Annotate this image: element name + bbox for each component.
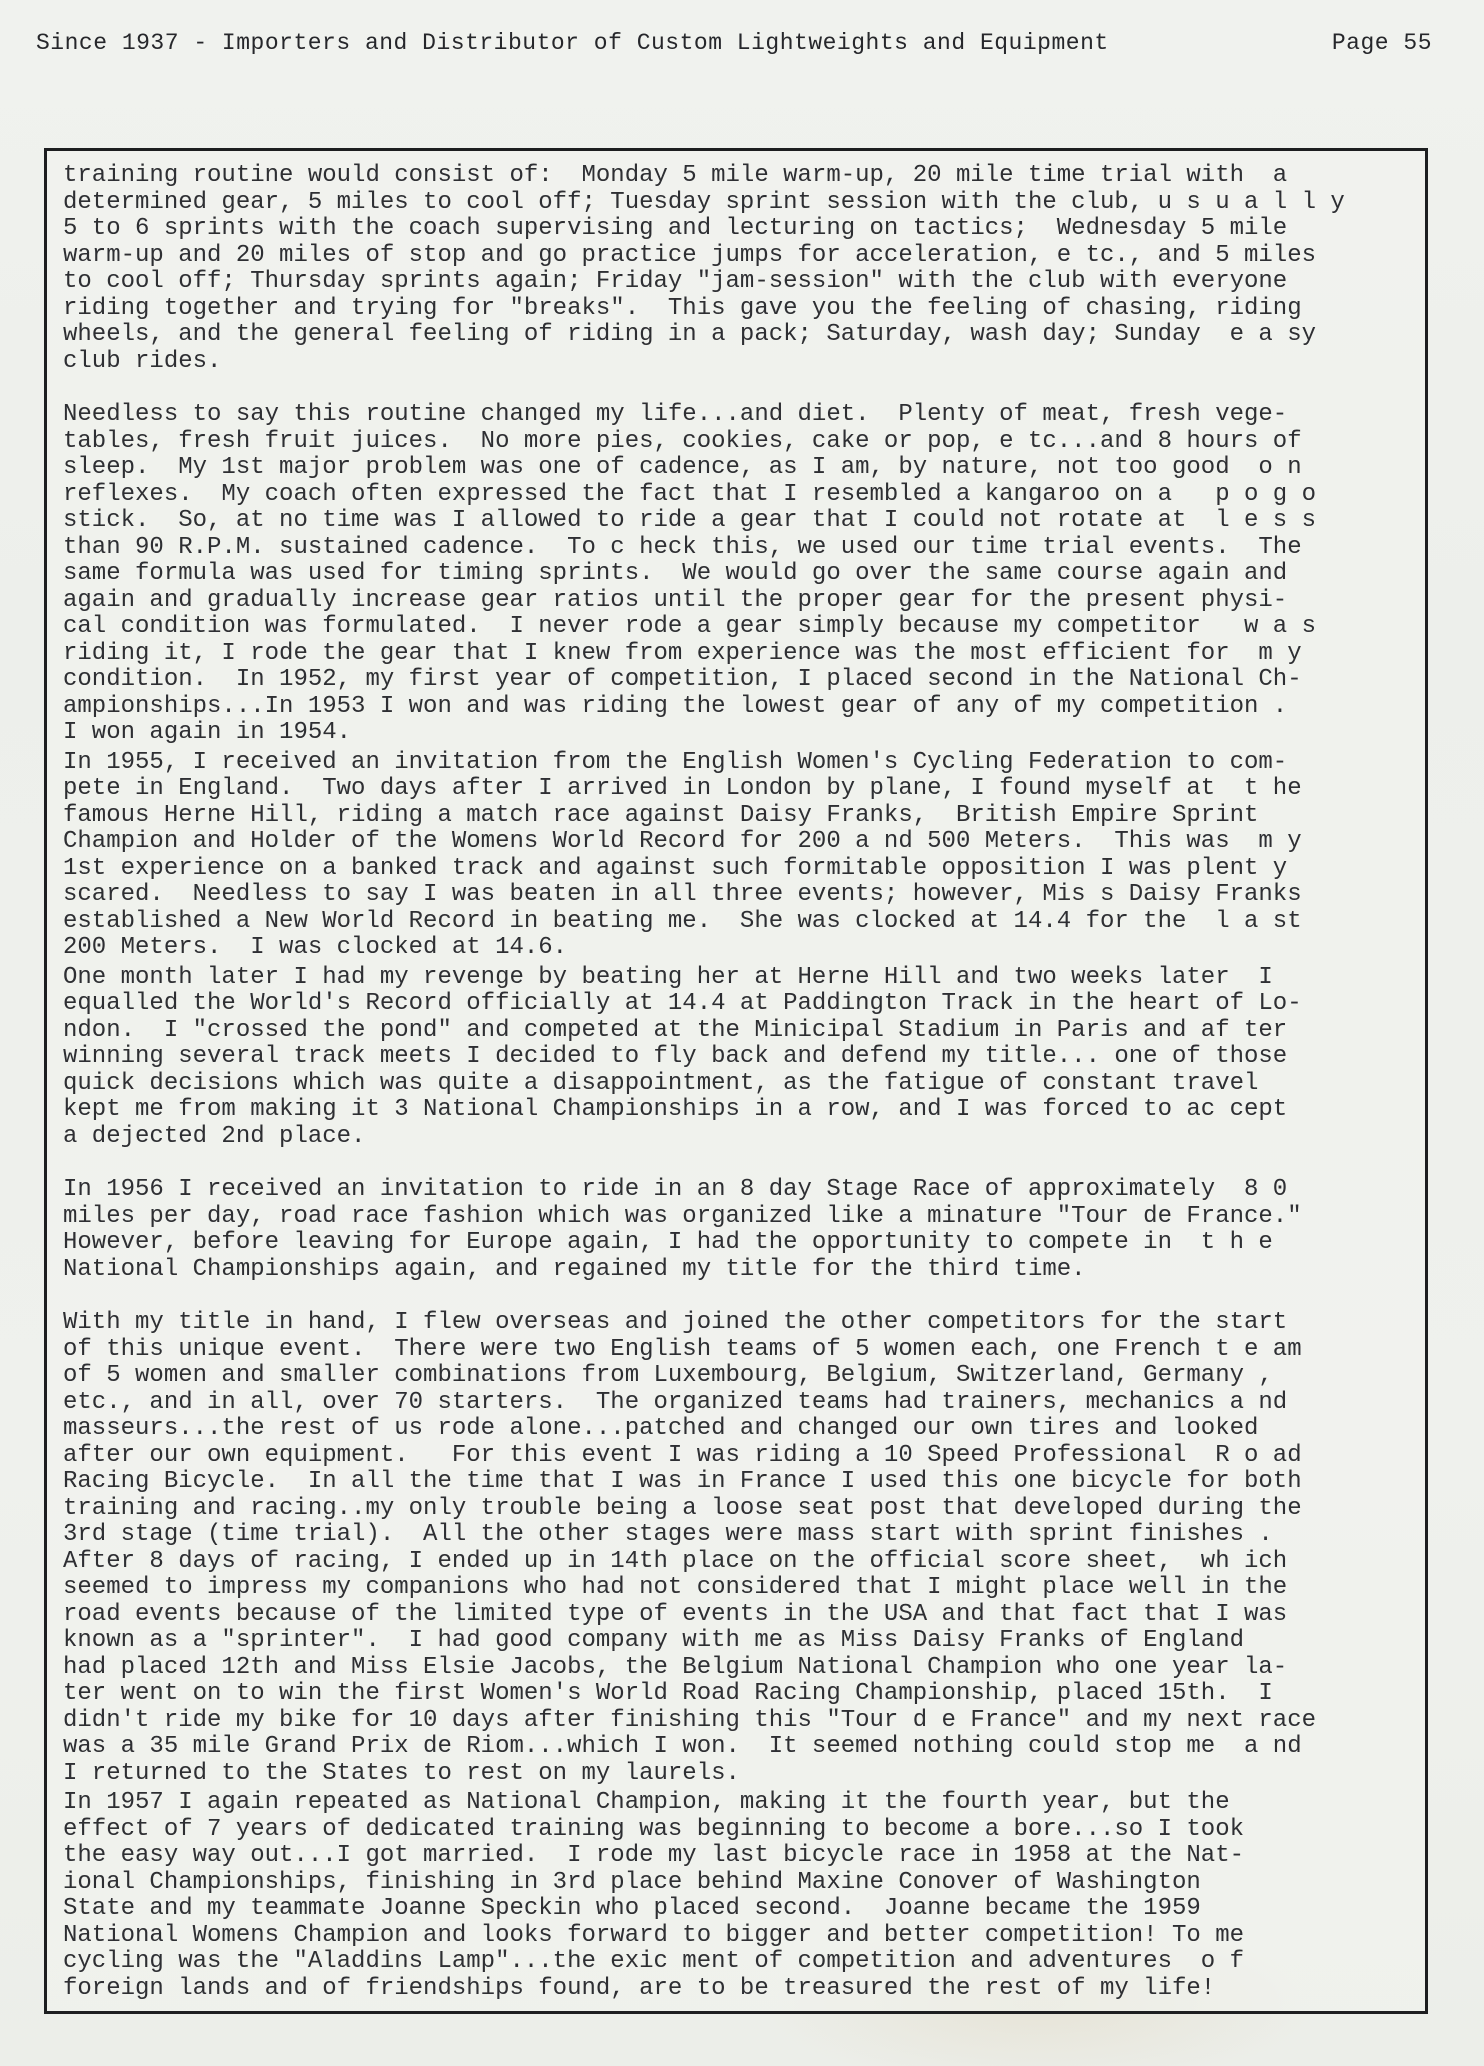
text-line: known as a "sprinter". I had good compan… [63,1628,1411,1655]
text-line: warm-up and 20 miles of stop and go prac… [63,243,1411,270]
text-line: miles per day, road race fashion which w… [63,1204,1411,1231]
paragraph: In 1956 I received an invitation to ride… [63,1177,1411,1283]
text-line: Needless to say this routine changed my … [63,402,1411,429]
text-line: riding it, I rode the gear that I knew f… [63,641,1411,668]
header-tagline: Since 1937 - Importers and Distributor o… [36,30,1109,56]
text-line: had placed 12th and Miss Elsie Jacobs, t… [63,1655,1411,1682]
text-line: quick decisions which was quite a disapp… [63,1071,1411,1098]
text-line: foreign lands and of friendships found, … [63,1976,1411,2003]
page-header: Since 1937 - Importers and Distributor o… [36,30,1432,56]
text-line: training routine would consist of: Monda… [63,163,1411,190]
text-line: ional Championships, finishing in 3rd pl… [63,1870,1411,1897]
scanned-page: { "header": { "tagline": "Since 1937 - I… [0,0,1484,2066]
text-line: masseurs...the rest of us rode alone...p… [63,1416,1411,1443]
text-line: condition. In 1952, my first year of com… [63,667,1411,694]
text-line: National Championships again, and regain… [63,1257,1411,1284]
text-line: etc., and in all, over 70 starters. The … [63,1390,1411,1417]
text-line: road events because of the limited type … [63,1602,1411,1629]
text-line: With my title in hand, I flew overseas a… [63,1310,1411,1337]
text-line: kept me from making it 3 National Champi… [63,1097,1411,1124]
paragraph: Needless to say this routine changed my … [63,402,1411,747]
paragraph: In 1957 I again repeated as National Cha… [63,1790,1411,2002]
paragraph: One month later I had my revenge by beat… [63,965,1411,1151]
text-line: 3rd stage (time trial). All the other st… [63,1522,1411,1549]
text-line: reflexes. My coach often expressed the f… [63,482,1411,509]
paragraph: With my title in hand, I flew overseas a… [63,1310,1411,1787]
text-line: of 5 women and smaller combinations from… [63,1363,1411,1390]
text-line: pete in England. Two days after I arrive… [63,776,1411,803]
text-line: cycling was the "Aladdins Lamp"...the ex… [63,1949,1411,1976]
text-line: tables, fresh fruit juices. No more pies… [63,429,1411,456]
text-line: In 1956 I received an invitation to ride… [63,1177,1411,1204]
text-line: of this unique event. There were two Eng… [63,1337,1411,1364]
text-line: 5 to 6 sprints with the coach supervisin… [63,216,1411,243]
text-line: ampionships...In 1953 I won and was ridi… [63,694,1411,721]
text-line: However, before leaving for Europe again… [63,1230,1411,1257]
text-line: I won again in 1954. [63,720,1411,747]
text-line: was a 35 mile Grand Prix de Riom...which… [63,1734,1411,1761]
page-number: Page 55 [1332,30,1432,56]
paragraph: In 1955, I received an invitation from t… [63,750,1411,962]
text-line: again and gradually increase gear ratios… [63,588,1411,615]
text-line: In 1955, I received an invitation from t… [63,750,1411,777]
text-line: I returned to the States to rest on my l… [63,1761,1411,1788]
text-line: 1st experience on a banked track and aga… [63,856,1411,883]
text-line: than 90 R.P.M. sustained cadence. To c h… [63,535,1411,562]
text-line: After 8 days of racing, I ended up in 14… [63,1549,1411,1576]
text-line: training and racing..my only trouble bei… [63,1496,1411,1523]
text-line: after our own equipment. For this event … [63,1443,1411,1470]
text-line: In 1957 I again repeated as National Cha… [63,1790,1411,1817]
text-line: to cool off; Thursday sprints again; Fri… [63,269,1411,296]
text-line: didn't ride my bike for 10 days after fi… [63,1708,1411,1735]
text-line: club rides. [63,349,1411,376]
paragraph: training routine would consist of: Monda… [63,163,1411,375]
text-line: seemed to impress my companions who had … [63,1575,1411,1602]
text-line: sleep. My 1st major problem was one of c… [63,455,1411,482]
text-line: 200 Meters. I was clocked at 14.6. [63,935,1411,962]
text-line: same formula was used for timing sprints… [63,561,1411,588]
text-line: stick. So, at no time was I allowed to r… [63,508,1411,535]
text-line: scared. Needless to say I was beaten in … [63,882,1411,909]
text-line: famous Herne Hill, riding a match race a… [63,803,1411,830]
text-line: State and my teammate Joanne Speckin who… [63,1896,1411,1923]
text-line: effect of 7 years of dedicated training … [63,1817,1411,1844]
text-line: cal condition was formulated. I never ro… [63,614,1411,641]
text-line: the easy way out...I got married. I rode… [63,1843,1411,1870]
text-line: equalled the World's Record officially a… [63,991,1411,1018]
text-line: One month later I had my revenge by beat… [63,965,1411,992]
text-line: ndon. I "crossed the pond" and competed … [63,1018,1411,1045]
text-line: wheels, and the general feeling of ridin… [63,322,1411,349]
article-frame: training routine would consist of: Monda… [44,148,1428,2014]
text-line: riding together and trying for "breaks".… [63,296,1411,323]
text-line: winning several track meets I decided to… [63,1044,1411,1071]
text-line: Racing Bicycle. In all the time that I w… [63,1469,1411,1496]
text-line: ter went on to win the first Women's Wor… [63,1681,1411,1708]
text-line: established a New World Record in beatin… [63,909,1411,936]
text-line: Champion and Holder of the Womens World … [63,829,1411,856]
text-line: determined gear, 5 miles to cool off; Tu… [63,190,1411,217]
text-line: National Womens Champion and looks forwa… [63,1923,1411,1950]
text-line: a dejected 2nd place. [63,1124,1411,1151]
article-body: training routine would consist of: Monda… [63,163,1411,2002]
